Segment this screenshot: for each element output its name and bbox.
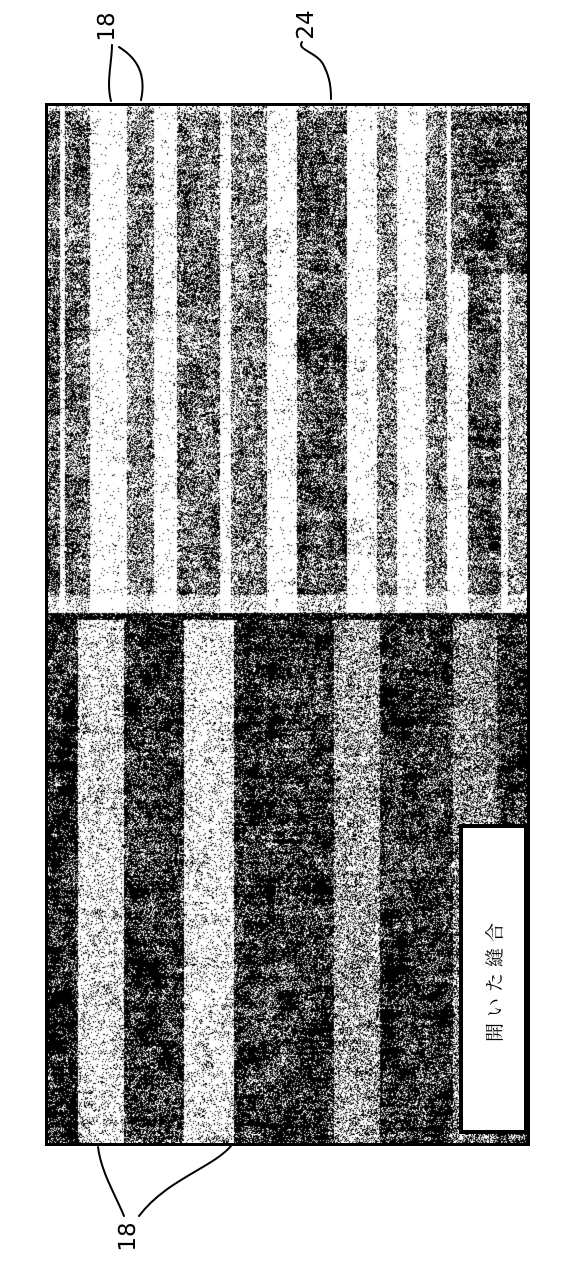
leader-18-top-a [109,45,112,101]
ref-label-24: 24 [291,5,321,45]
leader-18-bottom-a [98,1147,124,1216]
leader-24 [301,42,331,99]
ref-label-18-bottom: 18 [113,1217,143,1257]
caption-box: 開いた縫合 [459,824,528,1134]
patent-figure-page: 18 24 18 開いた縫合 [0,0,579,1264]
caption-text: 開いた縫合 [480,916,507,1041]
leader-18-top-b [119,47,143,100]
photo-frame: 開いた縫合 [45,103,530,1146]
fabric-photo [48,106,527,1143]
leader-18-bottom-b [139,1146,231,1216]
ref-label-18-top: 18 [92,7,122,47]
